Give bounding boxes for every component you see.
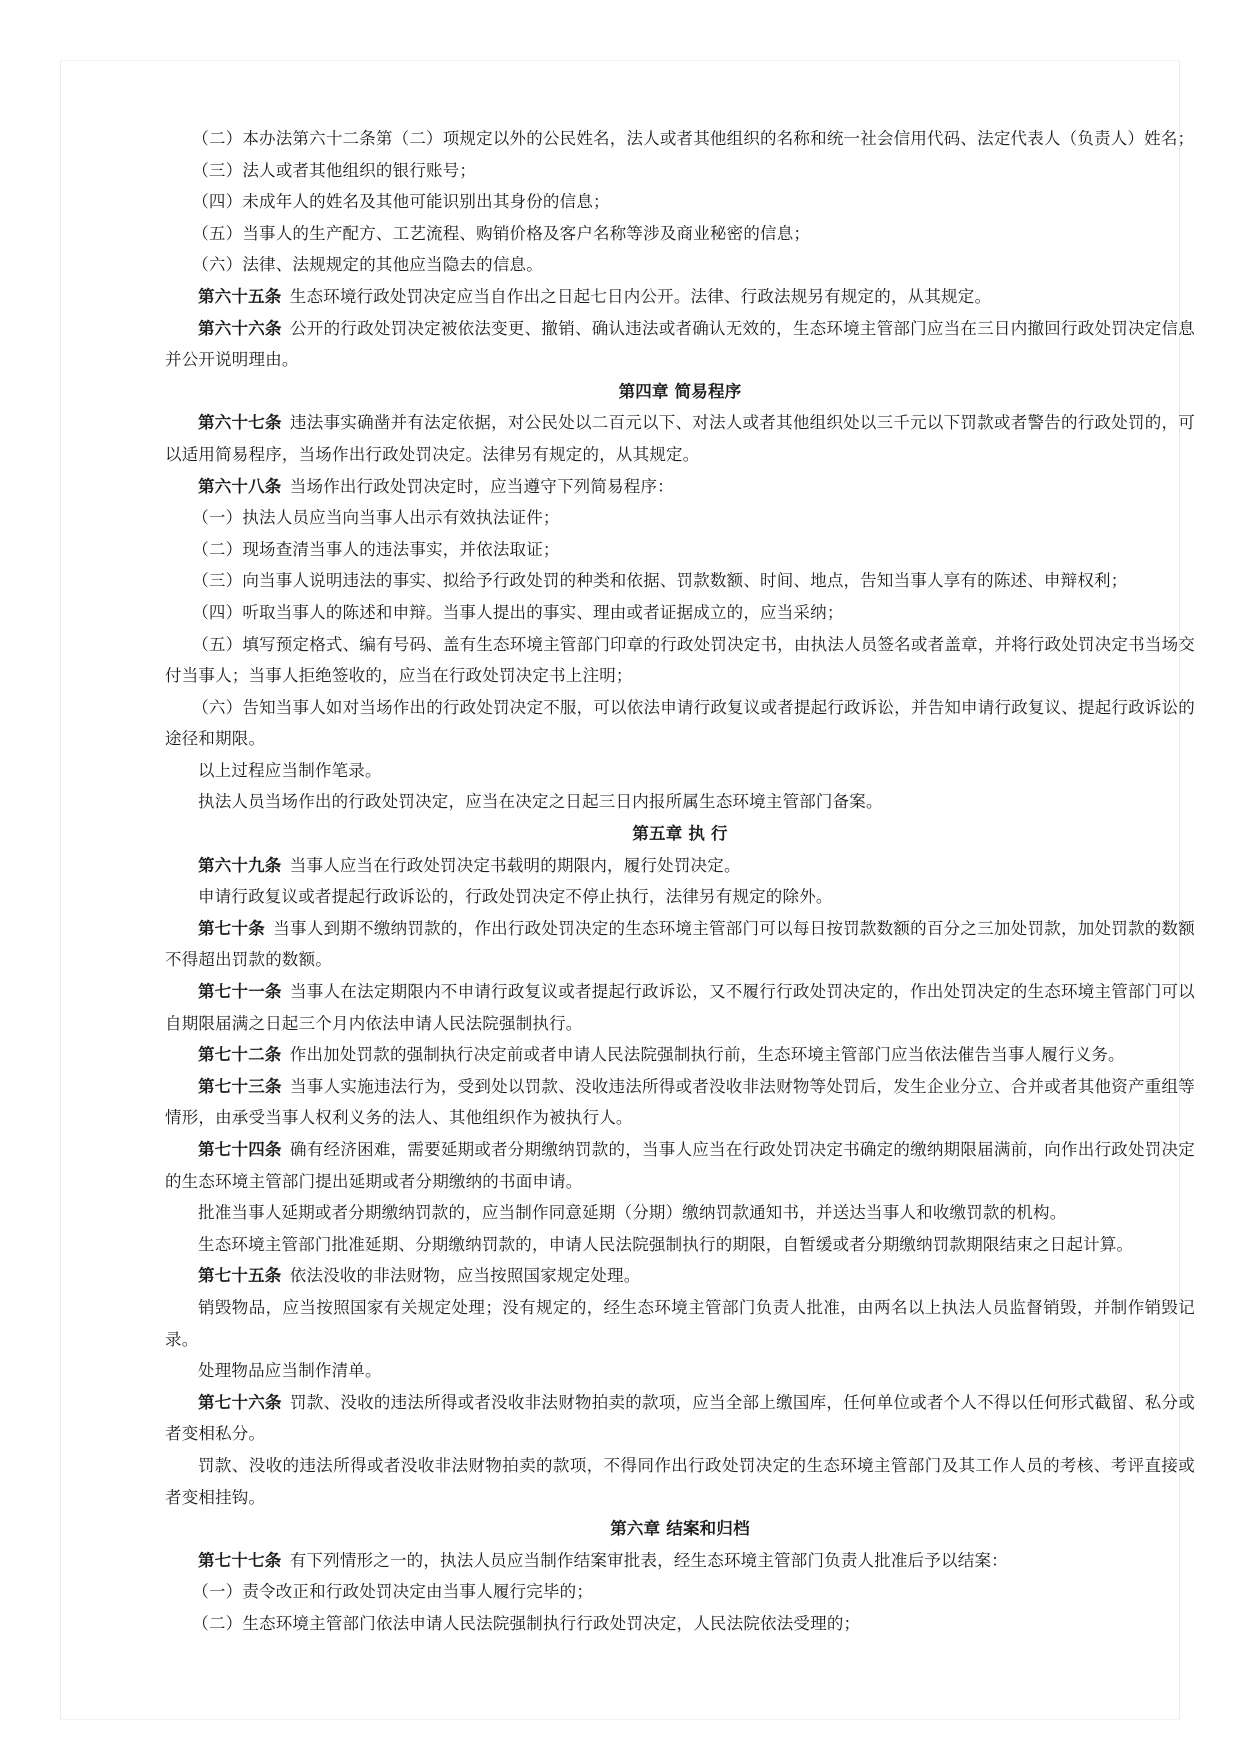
article-67: 第六十七条违法事实确凿并有法定依据，对公民处以二百元以下、对法人或者其他组织处以…: [165, 407, 1195, 470]
article-text: 确有经济困难，需要延期或者分期缴纳罚款的，当事人应当在行政处罚决定书确定的缴纳期…: [165, 1140, 1195, 1191]
article-text: 公开的行政处罚决定被依法变更、撤销、确认违法或者确认无效的，生态环境主管部门应当…: [165, 319, 1195, 370]
article-label: 第七十三条: [198, 1077, 282, 1096]
list-item: （四）未成年人的姓名及其他可能识别出其身份的信息；: [165, 186, 1195, 218]
article-text: 当事人应当在行政处罚决定书载明的期限内，履行处罚决定。: [290, 856, 741, 875]
article-text: 当场作出行政处罚决定时，应当遵守下列简易程序：: [290, 477, 674, 496]
article-label: 第七十七条: [198, 1551, 282, 1570]
article-label: 第七十六条: [198, 1393, 282, 1412]
article-69: 第六十九条当事人应当在行政处罚决定书载明的期限内，履行处罚决定。: [165, 850, 1195, 882]
article-label: 第六十五条: [198, 287, 282, 306]
article-77: 第七十七条有下列情形之一的，执法人员应当制作结案审批表，经生态环境主管部门负责人…: [165, 1545, 1195, 1577]
chapter-heading-6: 第六章 结案和归档: [165, 1513, 1195, 1545]
article-text: 作出加处罚款的强制执行决定前或者申请人民法院强制执行前，生态环境主管部门应当依法…: [290, 1045, 1125, 1064]
article-65: 第六十五条生态环境行政处罚决定应当自作出之日起七日内公开。法律、行政法规另有规定…: [165, 281, 1195, 313]
list-item: （二）现场查清当事人的违法事实，并依法取证；: [165, 534, 1195, 566]
list-item: （四）听取当事人的陈述和申辩。当事人提出的事实、理由或者证据成立的，应当采纳；: [165, 597, 1195, 629]
list-item: （六）法律、法规规定的其他应当隐去的信息。: [165, 249, 1195, 281]
article-label: 第六十九条: [198, 856, 282, 875]
paragraph: 以上过程应当制作笔录。: [165, 755, 1195, 787]
article-75: 第七十五条依法没收的非法财物，应当按照国家规定处理。: [165, 1260, 1195, 1292]
article-73: 第七十三条当事人实施违法行为，受到处以罚款、没收违法所得或者没收非法财物等处罚后…: [165, 1071, 1195, 1134]
chapter-heading-4: 第四章 简易程序: [165, 376, 1195, 408]
article-text: 罚款、没收的违法所得或者没收非法财物拍卖的款项，应当全部上缴国库，任何单位或者个…: [165, 1393, 1195, 1444]
chapter-heading-5: 第五章 执 行: [165, 818, 1195, 850]
article-text: 有下列情形之一的，执法人员应当制作结案审批表，经生态环境主管部门负责人批准后予以…: [290, 1551, 1008, 1570]
list-item: （五）当事人的生产配方、工艺流程、购销价格及客户名称等涉及商业秘密的信息；: [165, 218, 1195, 250]
list-item: （三）法人或者其他组织的银行账号；: [165, 155, 1195, 187]
article-text: 当事人在法定期限内不申请行政复议或者提起行政诉讼，又不履行行政处罚决定的，作出处…: [165, 982, 1195, 1033]
article-label: 第七十一条: [198, 982, 282, 1001]
article-68: 第六十八条当场作出行政处罚决定时，应当遵守下列简易程序：: [165, 471, 1195, 503]
article-text: 当事人实施违法行为，受到处以罚款、没收违法所得或者没收非法财物等处罚后，发生企业…: [165, 1077, 1195, 1128]
paragraph: 执法人员当场作出的行政处罚决定，应当在决定之日起三日内报所属生态环境主管部门备案…: [165, 786, 1195, 818]
list-item: （一）执法人员应当向当事人出示有效执法证件；: [165, 502, 1195, 534]
article-72: 第七十二条作出加处罚款的强制执行决定前或者申请人民法院强制执行前，生态环境主管部…: [165, 1039, 1195, 1071]
paragraph: 批准当事人延期或者分期缴纳罚款的，应当制作同意延期（分期）缴纳罚款通知书，并送达…: [165, 1197, 1195, 1229]
article-label: 第六十八条: [198, 477, 282, 496]
document-body: （二）本办法第六十二条第（二）项规定以外的公民姓名，法人或者其他组织的名称和统一…: [165, 123, 1195, 1640]
article-label: 第六十六条: [198, 319, 282, 338]
paragraph: 处理物品应当制作清单。: [165, 1355, 1195, 1387]
paragraph: 申请行政复议或者提起行政诉讼的，行政处罚决定不停止执行，法律另有规定的除外。: [165, 881, 1195, 913]
article-text: 依法没收的非法财物，应当按照国家规定处理。: [290, 1266, 641, 1285]
article-76: 第七十六条罚款、没收的违法所得或者没收非法财物拍卖的款项，应当全部上缴国库，任何…: [165, 1387, 1195, 1450]
list-item: （五）填写预定格式、编有号码、盖有生态环境主管部门印章的行政处罚决定书，由执法人…: [165, 629, 1195, 692]
article-70: 第七十条当事人到期不缴纳罚款的，作出行政处罚决定的生态环境主管部门可以每日按罚款…: [165, 913, 1195, 976]
article-text: 当事人到期不缴纳罚款的，作出行政处罚决定的生态环境主管部门可以每日按罚款数额的百…: [165, 919, 1195, 970]
list-item: （二）本办法第六十二条第（二）项规定以外的公民姓名，法人或者其他组织的名称和统一…: [165, 123, 1195, 155]
document-page: （二）本办法第六十二条第（二）项规定以外的公民姓名，法人或者其他组织的名称和统一…: [60, 60, 1180, 1720]
article-text: 违法事实确凿并有法定依据，对公民处以二百元以下、对法人或者其他组织处以三千元以下…: [165, 413, 1195, 464]
paragraph: 罚款、没收的违法所得或者没收非法财物拍卖的款项，不得同作出行政处罚决定的生态环境…: [165, 1450, 1195, 1513]
article-label: 第七十条: [198, 919, 265, 938]
article-66: 第六十六条公开的行政处罚决定被依法变更、撤销、确认违法或者确认无效的，生态环境主…: [165, 313, 1195, 376]
article-label: 第七十四条: [198, 1140, 282, 1159]
list-item: （六）告知当事人如对当场作出的行政处罚决定不服，可以依法申请行政复议或者提起行政…: [165, 692, 1195, 755]
article-label: 第七十五条: [198, 1266, 282, 1285]
paragraph: 生态环境主管部门批准延期、分期缴纳罚款的，申请人民法院强制执行的期限，自暂缓或者…: [165, 1229, 1195, 1261]
list-item: （二）生态环境主管部门依法申请人民法院强制执行行政处罚决定，人民法院依法受理的；: [165, 1608, 1195, 1640]
article-71: 第七十一条当事人在法定期限内不申请行政复议或者提起行政诉讼，又不履行行政处罚决定…: [165, 976, 1195, 1039]
article-label: 第六十七条: [198, 413, 282, 432]
paragraph: 销毁物品，应当按照国家有关规定处理；没有规定的，经生态环境主管部门负责人批准，由…: [165, 1292, 1195, 1355]
article-label: 第七十二条: [198, 1045, 282, 1064]
article-text: 生态环境行政处罚决定应当自作出之日起七日内公开。法律、行政法规另有规定的，从其规…: [290, 287, 991, 306]
list-item: （三）向当事人说明违法的事实、拟给予行政处罚的种类和依据、罚款数额、时间、地点，…: [165, 565, 1195, 597]
list-item: （一）责令改正和行政处罚决定由当事人履行完毕的；: [165, 1576, 1195, 1608]
article-74: 第七十四条确有经济困难，需要延期或者分期缴纳罚款的，当事人应当在行政处罚决定书确…: [165, 1134, 1195, 1197]
